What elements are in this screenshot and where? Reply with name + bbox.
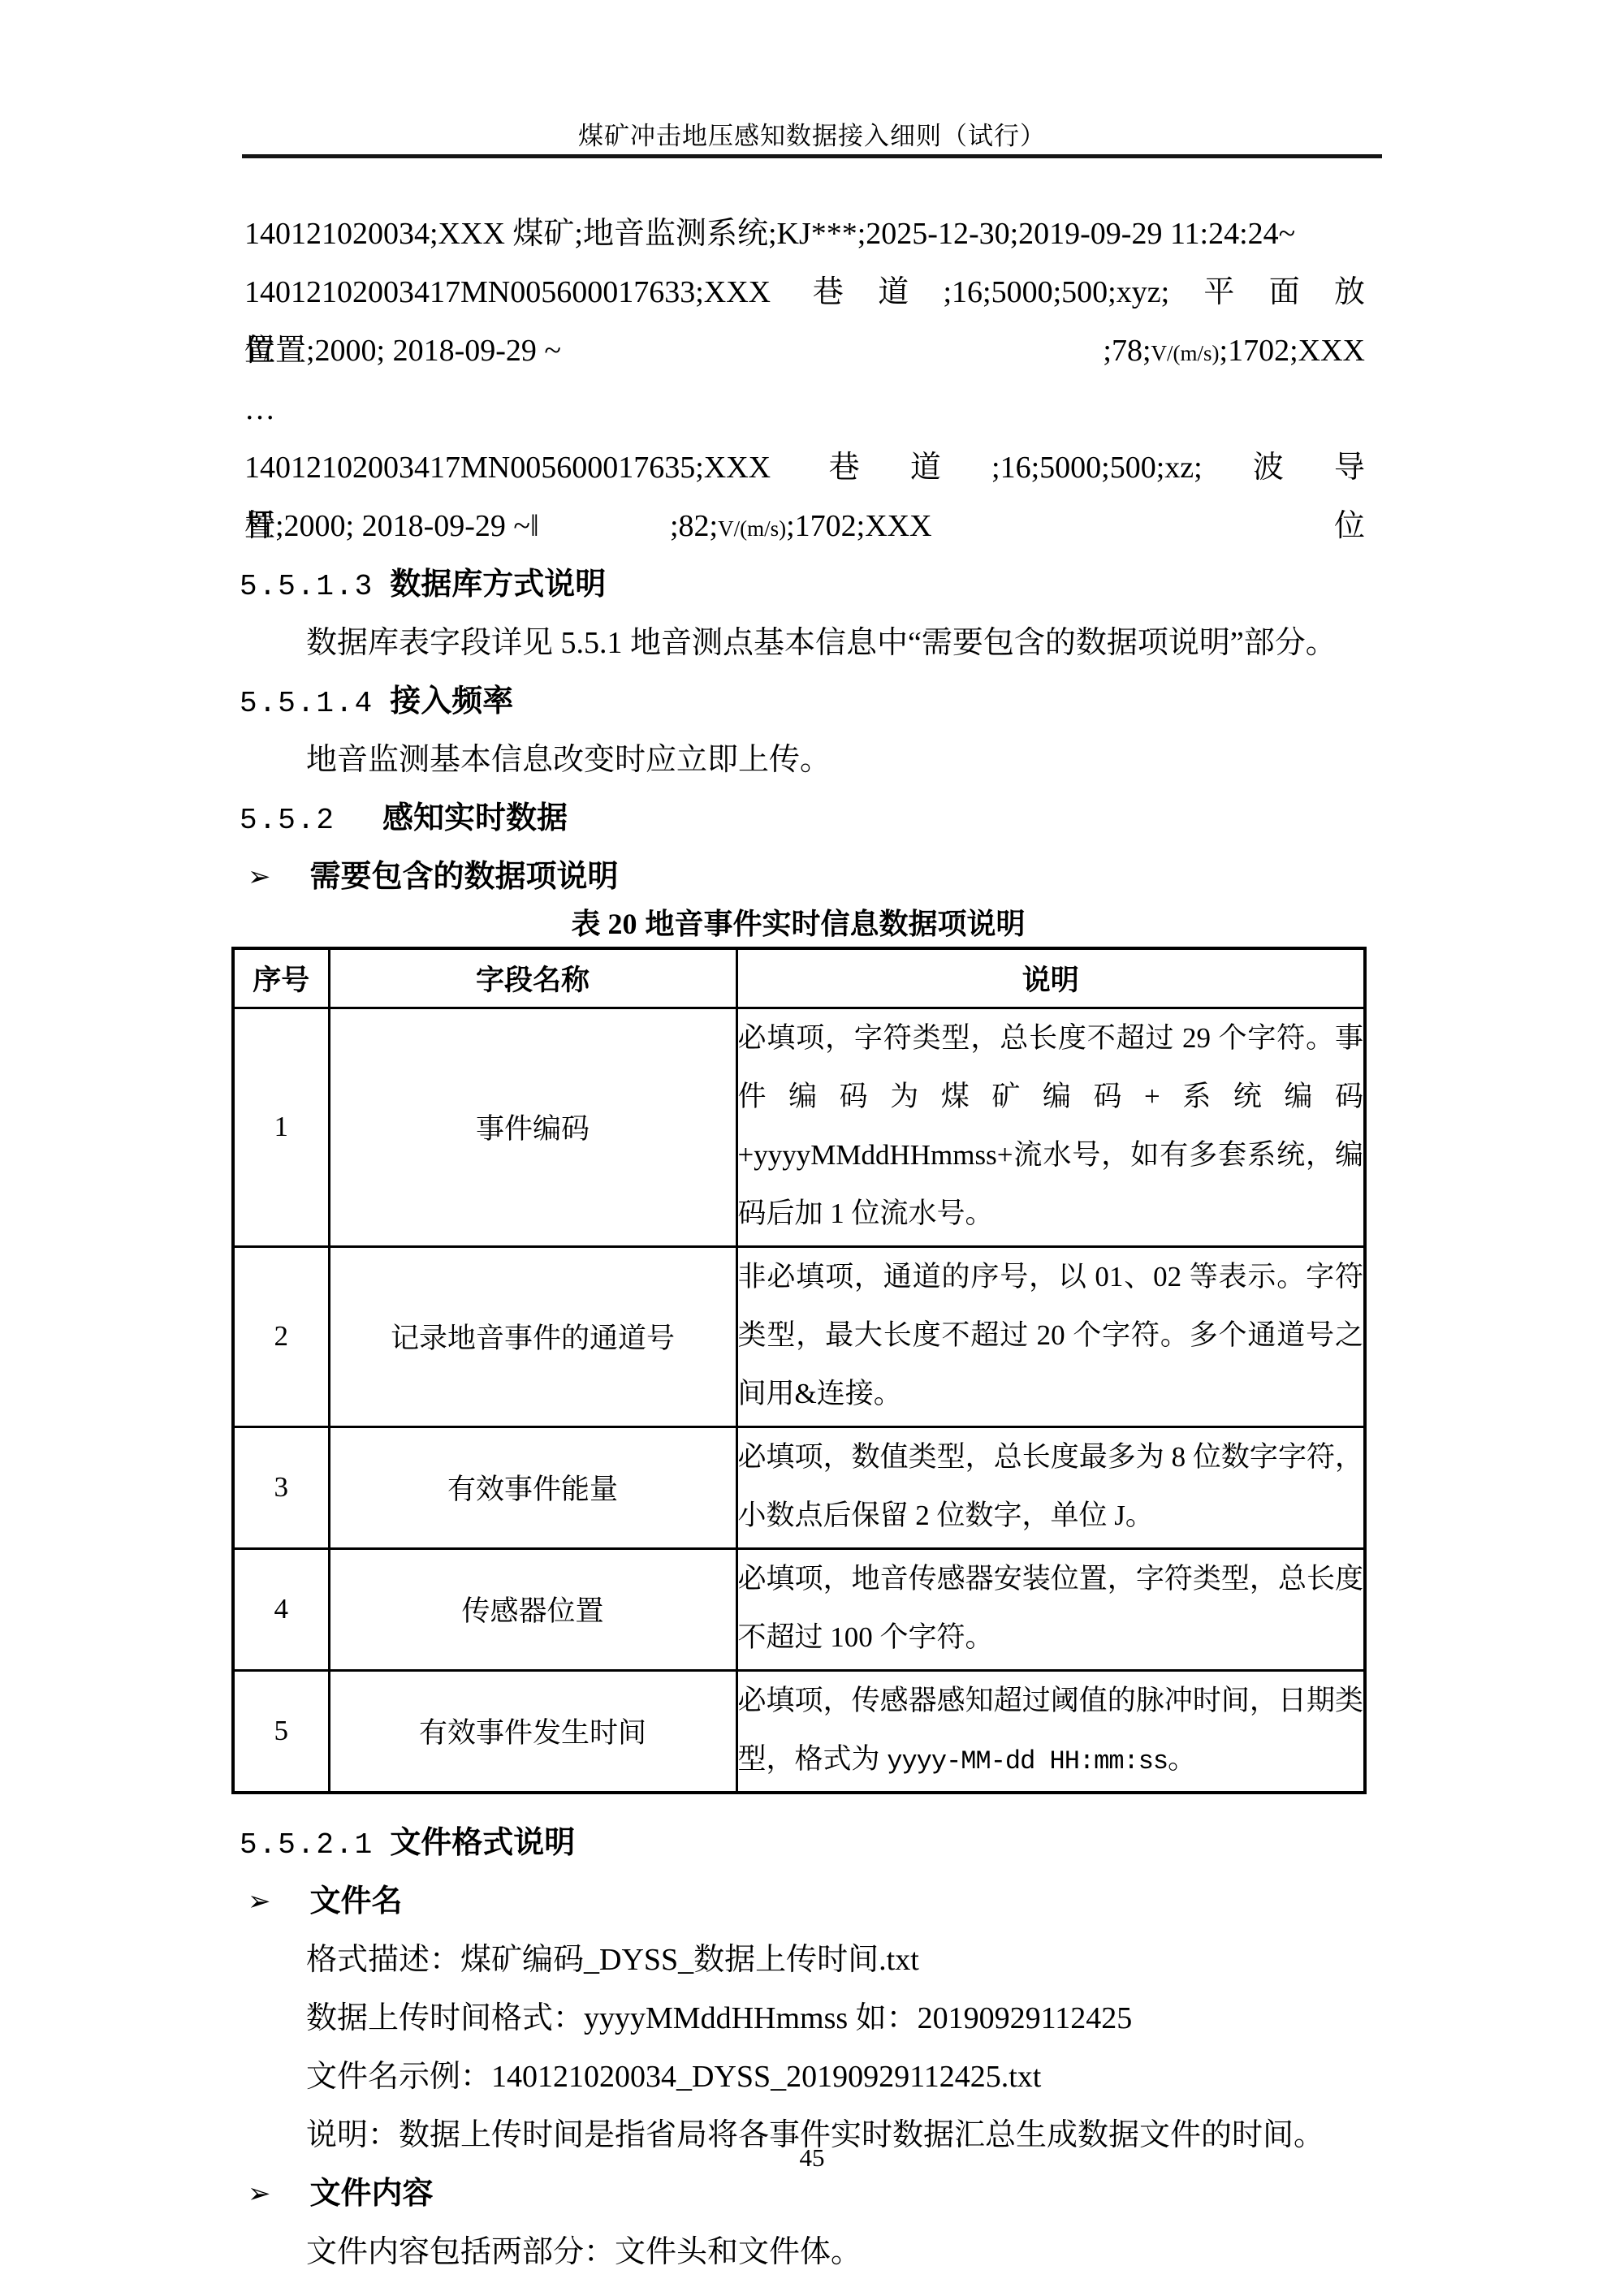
body-paragraph: 格式描述：煤矿编码_DYSS_数据上传时间.txt	[231, 1931, 1365, 1989]
section-title: 数据库方式说明	[390, 568, 606, 602]
section-number: 5.5.2	[240, 804, 335, 837]
data-sample-segment: ;1702;XXX	[1220, 334, 1365, 368]
table-row: 3 有效事件能量 必填项，数值类型，总长度最多为 8 位数字字符，小数点后保留 …	[233, 1426, 1365, 1548]
section-title: 感知实时数据	[382, 801, 568, 835]
body-paragraph: 文件名示例：140121020034_DYSS_20190929112425.t…	[231, 2048, 1365, 2106]
row-number-cell: 3	[233, 1426, 329, 1548]
row-number-cell: 4	[233, 1548, 329, 1670]
running-header-title: 煤矿冲击地压感知数据接入细则（试行）	[244, 115, 1380, 152]
section-heading-5521: 5.5.2.1文件格式说明	[231, 1814, 1365, 1872]
description-cell: 必填项，传感器感知超过阈值的脉冲时间，日期类型，格式为 yyyy-MM-dd H…	[736, 1670, 1365, 1793]
arrow-bullet-icon: ➢	[248, 2180, 271, 2208]
document-page: 煤矿冲击地压感知数据接入细则（试行） 140121020034;XXX 煤矿;地…	[0, 0, 1624, 2296]
data-sample-line: 140121020034;XXX 煤矿;地音监测系统;KJ***;2025-12…	[231, 205, 1365, 263]
field-name-cell: 事件编码	[329, 1008, 736, 1246]
description-cell: 必填项，数值类型，总长度最多为 8 位数字字符，小数点后保留 2 位数字，单位 …	[736, 1426, 1365, 1548]
description-text: 必填项，地音传感器安装位置，字符类型，总长度不超过 100 个字符。	[738, 1563, 1364, 1653]
bullet-item-file-content: ➢文件内容	[231, 2164, 1365, 2223]
header-rule	[242, 154, 1382, 158]
data-sample-line: 14012102003417MN005600017635;XXX 巷道;16;5…	[231, 438, 1365, 497]
section-heading-5514: 5.5.1.4接入频率	[231, 672, 1365, 731]
unit-segment: V/(m/s)	[1151, 341, 1220, 365]
column-header-desc: 说明	[736, 948, 1365, 1008]
description-text: 非必填项，通道的序号，以 01、02 等表示。字符类型，最大长度不超过 20 个…	[738, 1261, 1364, 1409]
bullet-item-file-name: ➢文件名	[231, 1872, 1365, 1931]
format-code: yyyy-MM-dd HH:mm:ss	[887, 1746, 1168, 1776]
row-number-cell: 2	[233, 1246, 329, 1426]
body-paragraph: 数据上传时间格式：yyyyMMddHHmmss 如：20190929112425	[231, 1989, 1365, 2048]
description-cell: 必填项，字符类型，总长度不超过 29 个字符。事件编码为煤矿编码+系统编码+yy…	[736, 1008, 1365, 1246]
data-item-table: 序号 字段名称 说明 1 事件编码 必填项，字符类型，总长度不超过 29 个字符…	[231, 947, 1367, 1794]
section-number: 5.5.1.3	[240, 570, 374, 603]
arrow-bullet-icon: ➢	[248, 1888, 271, 1915]
unit-segment: V/(m/s)	[718, 516, 786, 541]
bullet-label: 文件名	[310, 1872, 403, 1931]
body-paragraph: 地音监测基本信息改变时应立即上传。	[231, 731, 1365, 789]
field-name-cell: 传感器位置	[329, 1548, 736, 1670]
data-sample-segment: ;1702;XXX 位	[786, 509, 1365, 543]
description-text: 必填项，数值类型，总长度最多为 8 位数字字符，小数点后保留 2 位数字，单位 …	[738, 1441, 1364, 1531]
table-caption: 表 20 地音事件实时信息数据项说明	[231, 906, 1365, 947]
description-text: 必填项，字符类型，总长度不超过 29 个字符。事件编码为煤矿编码+系统编码+yy…	[738, 1022, 1364, 1229]
description-cell: 必填项，地音传感器安装位置，字符类型，总长度不超过 100 个字符。	[736, 1548, 1365, 1670]
section-heading-552: 5.5.2感知实时数据	[231, 789, 1365, 848]
table-row: 1 事件编码 必填项，字符类型，总长度不超过 29 个字符。事件编码为煤矿编码+…	[233, 1008, 1365, 1246]
table-caption-number: 表 20	[571, 908, 637, 940]
section-title: 文件格式说明	[390, 1826, 575, 1860]
field-name-cell: 有效事件发生时间	[329, 1670, 736, 1793]
body-paragraph: 文件内容包括两部分：文件头和文件体。	[231, 2223, 1365, 2281]
row-number-cell: 5	[233, 1670, 329, 1793]
description-text: 。	[1168, 1743, 1196, 1775]
bullet-item-data-items: ➢需要包含的数据项说明	[231, 848, 1365, 906]
bullet-label: 需要包含的数据项说明	[310, 848, 619, 906]
field-name-cell: 记录地音事件的通道号	[329, 1246, 736, 1426]
section-number: 5.5.2.1	[240, 1828, 374, 1862]
section-title: 接入频率	[390, 684, 513, 719]
table-row: 2 记录地音事件的通道号 非必填项，通道的序号，以 01、02 等表示。字符类型…	[233, 1246, 1365, 1426]
ellipsis-line: …	[231, 380, 1365, 438]
body-paragraph: 数据库表字段详见 5.5.1 地音测点基本信息中“需要包含的数据项说明”部分。	[231, 614, 1365, 672]
column-header-field: 字段名称	[329, 948, 736, 1008]
table-header-row: 序号 字段名称 说明	[233, 948, 1365, 1008]
description-cell: 非必填项，通道的序号，以 01、02 等表示。字符类型，最大长度不超过 20 个…	[736, 1246, 1365, 1426]
field-name-cell: 有效事件能量	[329, 1426, 736, 1548]
table-row: 5 有效事件发生时间 必填项，传感器感知超过阈值的脉冲时间，日期类型，格式为 y…	[233, 1670, 1365, 1793]
section-number: 5.5.1.4	[240, 687, 374, 720]
data-sample-line: 14012102003417MN005600017633;XXX 巷道;16;5…	[231, 263, 1365, 322]
bullet-label: 文件内容	[310, 2164, 434, 2223]
page-number: 45	[0, 2143, 1624, 2173]
table-caption-text: 地音事件实时信息数据项说明	[637, 907, 1026, 940]
column-header-no: 序号	[233, 948, 329, 1008]
page-body: 140121020034;XXX 煤矿;地音监测系统;KJ***;2025-12…	[231, 205, 1365, 2281]
arrow-bullet-icon: ➢	[248, 863, 271, 891]
table-row: 4 传感器位置 必填项，地音传感器安装位置，字符类型，总长度不超过 100 个字…	[233, 1548, 1365, 1670]
row-number-cell: 1	[233, 1008, 329, 1246]
section-heading-5513: 5.5.1.3数据库方式说明	[231, 555, 1365, 614]
